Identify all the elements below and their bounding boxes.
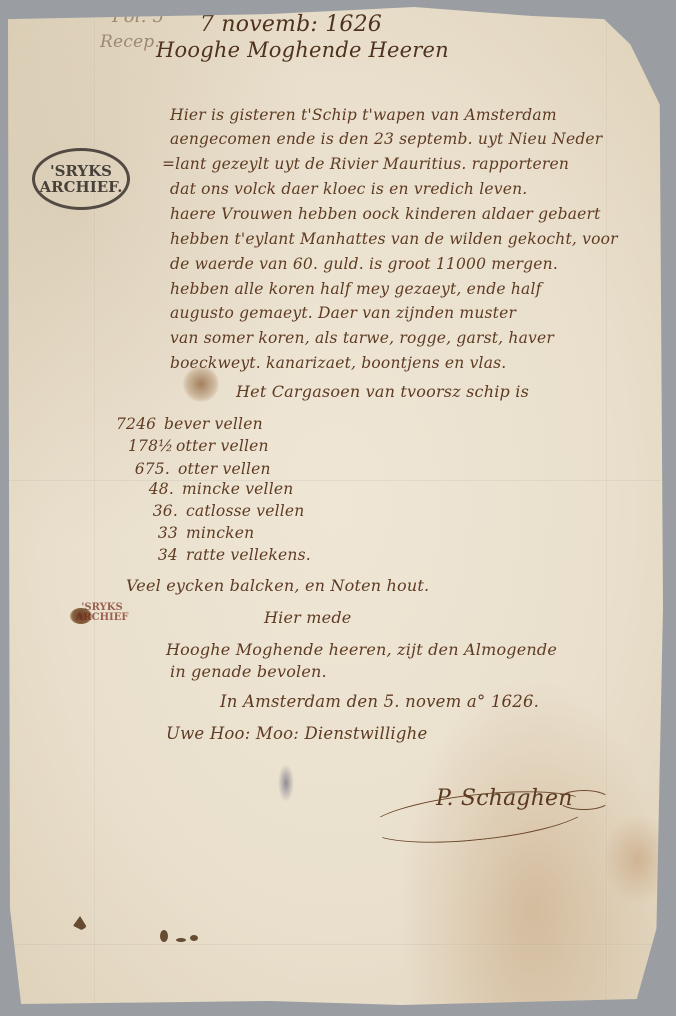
paper-sheet: Fol. 5 Recep. 7 novemb: 1626 Hooghe Mogh… <box>8 4 663 1009</box>
cargo-quantity: 7246 <box>116 415 156 433</box>
archive-stamp-faded: 'SRYKS ARCHIEF <box>64 590 140 636</box>
place-date-line: In Amsterdam den 5. novem a° 1626. <box>220 692 539 711</box>
body-line: dat ons volck daer kloec is en vredich l… <box>170 180 527 198</box>
cargo-description: otter vellen <box>176 437 269 455</box>
cargo-item: 34ratte vellekens. <box>138 546 311 564</box>
cargo-quantity: 48. <box>134 480 174 498</box>
cargo-quantity: 33 <box>138 524 178 542</box>
cargo-heading: Het Cargasoen van tvoorsz schip is <box>236 382 529 401</box>
ink-spot <box>190 935 198 941</box>
complimentary-close: Uwe Hoo: Moo: Dienstwillighe <box>166 724 427 743</box>
cargo-closing-line: Veel eycken balcken, en Noten hout. <box>126 576 429 595</box>
closing-hier-mede: Hier mede <box>264 608 351 627</box>
body-line: hebben t'eylant Manhattes van de wilden … <box>170 230 618 248</box>
cargo-item: 7246bever vellen <box>116 415 263 433</box>
cargo-item: 36.catlosse vellen <box>138 502 304 520</box>
archive-stamp: 'SRYKS ARCHIEF. <box>32 148 130 210</box>
cargo-description: bever vellen <box>164 415 263 433</box>
scanned-document: Fol. 5 Recep. 7 novemb: 1626 Hooghe Mogh… <box>0 0 676 1016</box>
cargo-quantity: 36. <box>138 502 178 520</box>
cargo-quantity: 34 <box>138 546 178 564</box>
cargo-quantity: 178½ <box>128 437 168 455</box>
cargo-item: 48.mincke vellen <box>134 480 293 498</box>
salutation: Hooghe Moghende Heeren <box>156 38 449 62</box>
horizontal-fold-line <box>8 480 663 482</box>
body-line: =lant gezeylt uyt de Rivier Mauritius. r… <box>162 155 569 173</box>
margin-note-folio: Fol. 5 <box>112 6 164 27</box>
body-line: augusto gemaeyt. Daer van zijnden muster <box>170 304 516 322</box>
body-line: de waerde van 60. guld. is groot 11000 m… <box>170 255 558 273</box>
ink-spot <box>160 930 168 942</box>
cargo-description: mincke vellen <box>182 480 293 498</box>
body-line: boeckweyt. kanarizaet, boontjens en vlas… <box>170 354 506 372</box>
ink-spot <box>73 916 87 930</box>
closing-line: Hooghe Moghende heeren, zijt den Almogen… <box>166 640 557 659</box>
archive-stamp-faded-line2: ARCHIEF <box>67 613 137 624</box>
signature-flourish <box>366 783 592 852</box>
ink-smudge <box>278 764 294 802</box>
horizontal-fold-line <box>8 944 663 946</box>
body-line: van somer koren, als tarwe, rogge, garst… <box>170 329 554 347</box>
ink-spot <box>176 938 186 942</box>
margin-note-received: Recep. <box>100 32 160 52</box>
signature-flourish <box>558 790 610 810</box>
cargo-item: 178½otter vellen <box>128 437 269 455</box>
cargo-item: 675.otter vellen <box>130 460 271 478</box>
body-line: aengecomen ende is den 23 septemb. uyt N… <box>170 130 602 148</box>
body-line: haere Vrouwen hebben oock kinderen aldae… <box>170 205 601 223</box>
cargo-description: otter vellen <box>178 460 271 478</box>
cargo-quantity: 675. <box>130 460 170 478</box>
stain <box>603 814 663 904</box>
body-line: Hier is gisteren t'Schip t'wapen van Ams… <box>170 106 557 124</box>
closing-line: in genade bevolen. <box>170 662 327 681</box>
date-line: 7 novemb: 1626 <box>200 12 382 37</box>
cargo-description: catlosse vellen <box>186 502 304 520</box>
cargo-description: mincken <box>186 524 254 542</box>
archive-stamp-line2: ARCHIEF. <box>35 180 127 196</box>
cargo-description: ratte vellekens. <box>186 546 311 564</box>
body-line: hebben alle koren half mey gezaeyt, ende… <box>170 280 542 298</box>
cargo-item: 33mincken <box>138 524 254 542</box>
